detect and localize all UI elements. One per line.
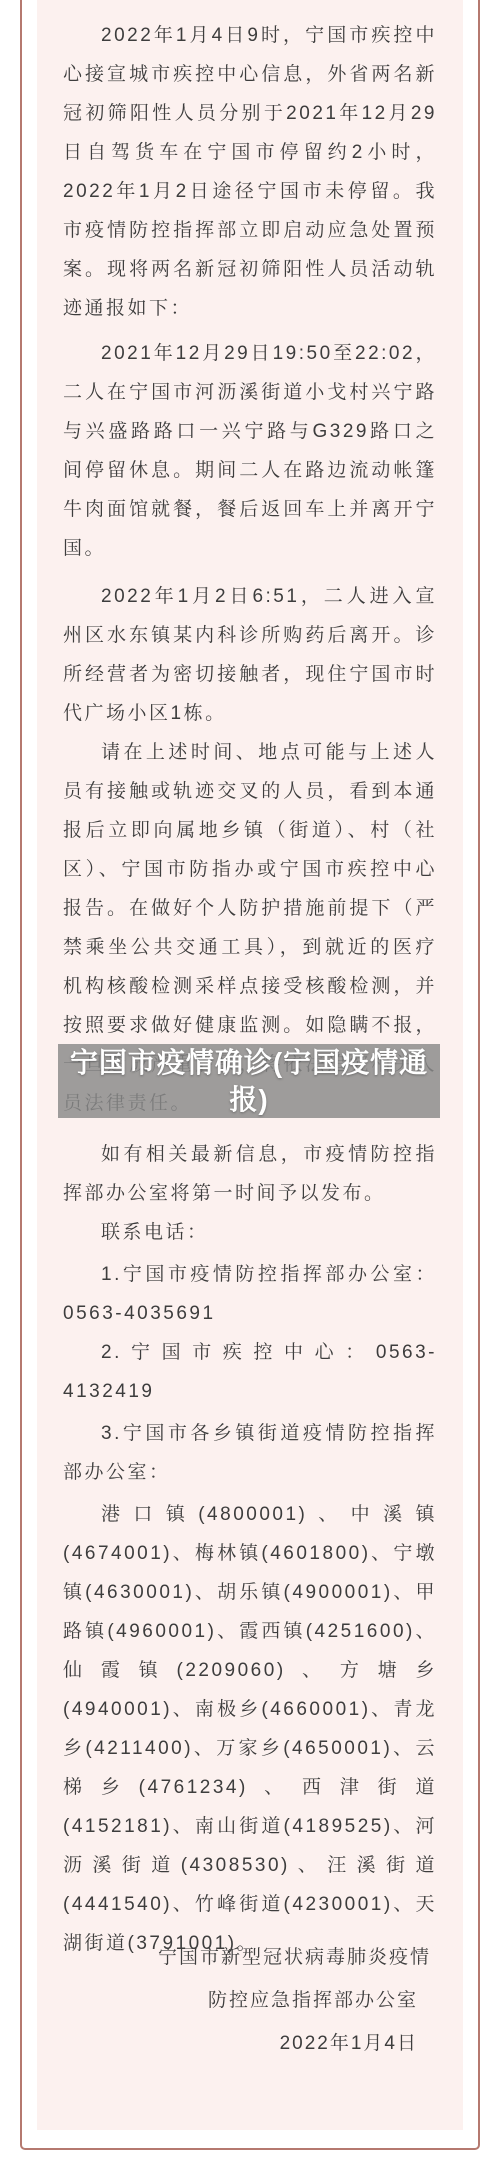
notice-page: { "page": { "colors": { "panel_bg": "#fc… bbox=[0, 0, 500, 2161]
paragraph-phone-cdc: 2.宁国市疾控中心：0563-4132419 bbox=[63, 1333, 437, 1411]
paragraph-intro: 2022年1月4日9时，宁国市疾控中心接宣城市疾控中心信息，外省两名新冠初筛阳性… bbox=[63, 16, 437, 328]
signature-org-line1: 宁国市新型冠状病毒肺炎疫情 bbox=[63, 1936, 437, 1979]
paragraph-track-dec29: 2021年12月29日19:50至22:02，二人在宁国市河沥溪街道小戈村兴宁路… bbox=[63, 334, 437, 568]
signature-block: 宁国市新型冠状病毒肺炎疫情 防控应急指挥部办公室 2022年1月4日 bbox=[63, 1936, 437, 2065]
paragraph-updates: 如有相关最新信息，市疫情防控指挥部办公室将第一时间予以发布。 bbox=[63, 1135, 437, 1213]
signature-org-line2: 防控应急指挥部办公室 bbox=[63, 1979, 437, 2022]
watermark-title-badge: 宁国市疫情确诊(宁国疫情通报) bbox=[58, 1044, 440, 1118]
paragraph-phone-command-office: 1.宁国市疫情防控指挥部办公室：0563-4035691 bbox=[63, 1255, 437, 1333]
notice-body: 2022年1月4日9时，宁国市疾控中心接宣城市疾控中心信息，外省两名新冠初筛阳性… bbox=[37, 0, 463, 1963]
signature-date: 2022年1月4日 bbox=[63, 2022, 437, 2065]
paragraph-township-heading: 3.宁国市各乡镇街道疫情防控指挥部办公室： bbox=[63, 1414, 437, 1492]
paragraph-township-hotlines: 港口镇(4800001)、中溪镇(4674001)、梅林镇(4601800)、宁… bbox=[63, 1495, 437, 1963]
paragraph-track-jan2: 2022年1月2日6:51，二人进入宣州区水东镇某内科诊所购药后离开。诊所经营者… bbox=[63, 577, 437, 733]
paragraph-contact-heading: 联系电话： bbox=[63, 1213, 437, 1252]
